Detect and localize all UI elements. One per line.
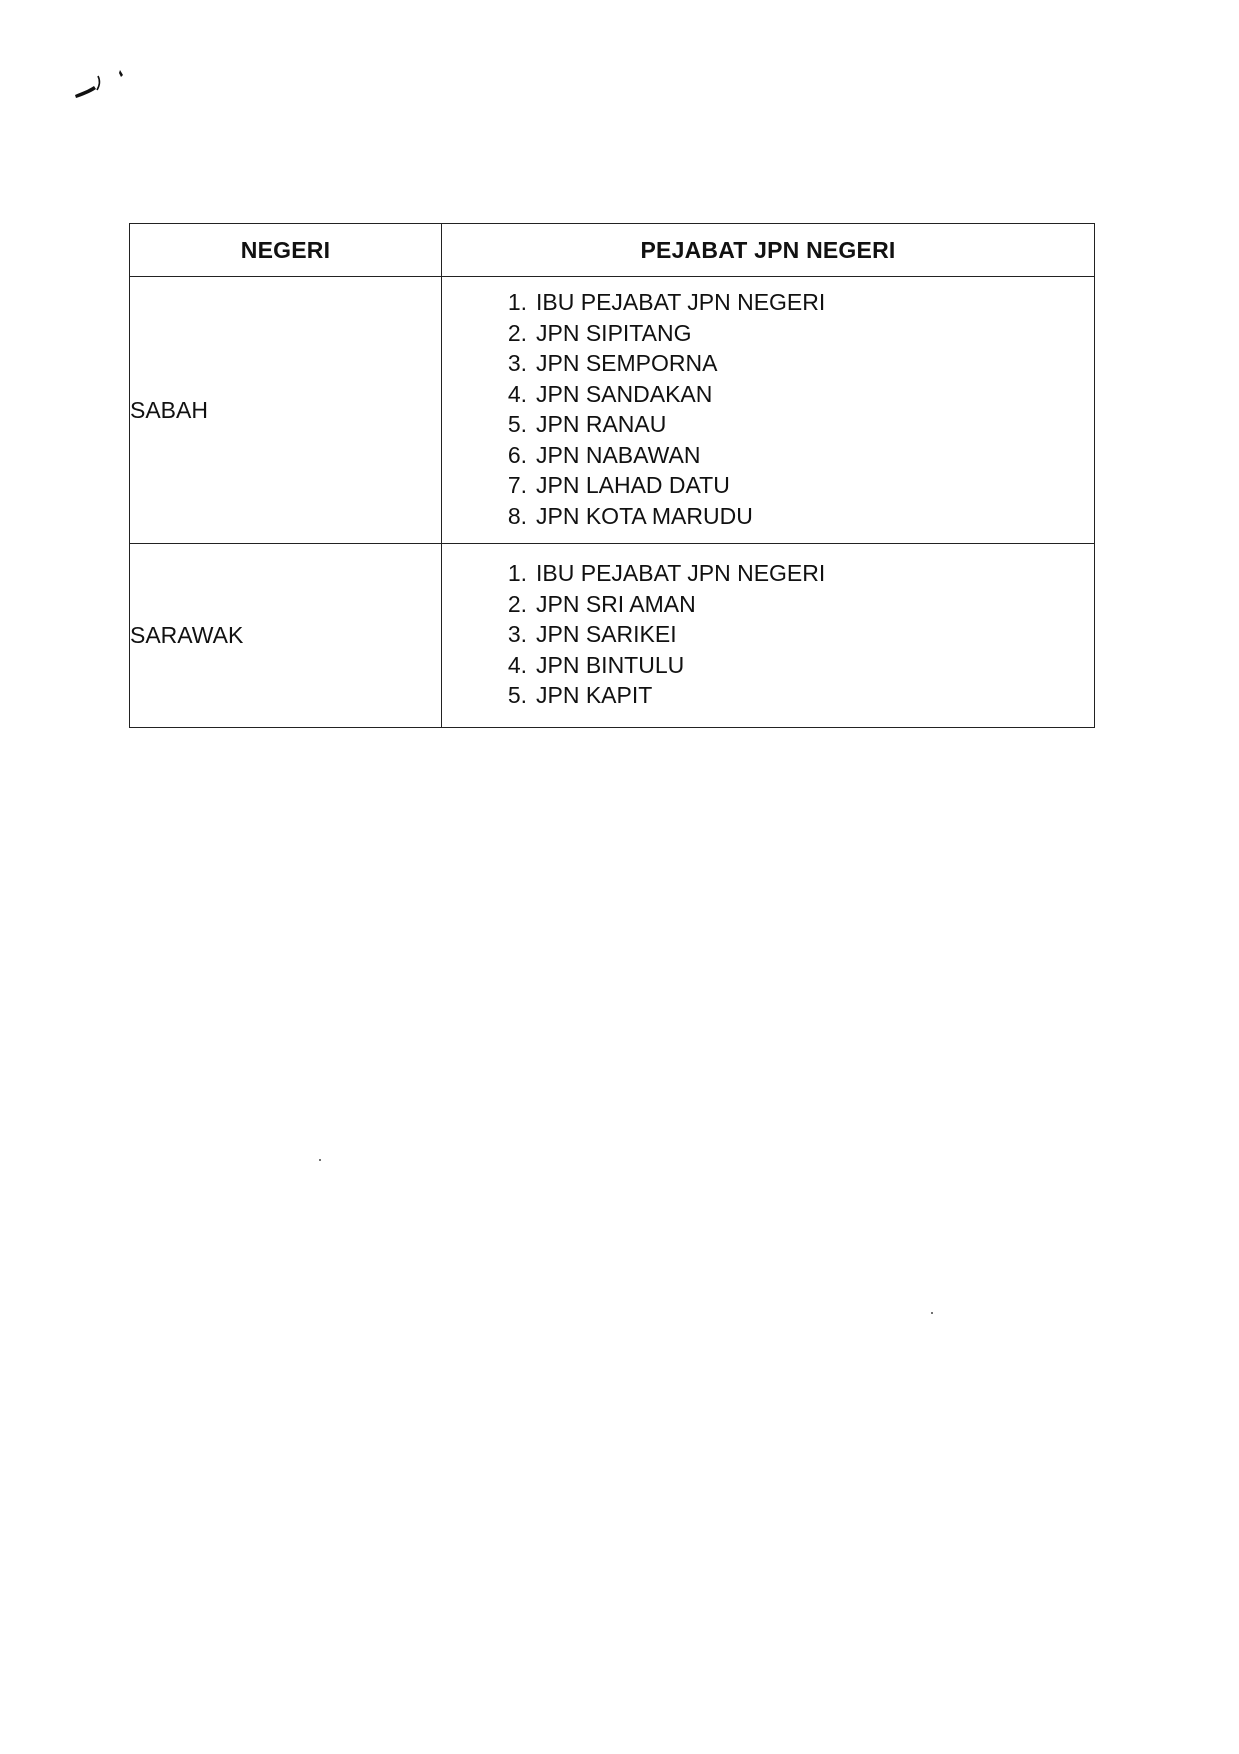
list-item: 2.JPN SRI AMAN (442, 589, 1094, 620)
list-item: 7.JPN LAHAD DATU (442, 470, 1094, 501)
list-item: 1.IBU PEJABAT JPN NEGERI (442, 558, 1094, 589)
list-item: 1.IBU PEJABAT JPN NEGERI (442, 287, 1094, 318)
office-number: 7. (490, 470, 536, 501)
list-item: 5.JPN RANAU (442, 409, 1094, 440)
office-name: JPN NABAWAN (536, 440, 700, 471)
office-name: JPN KOTA MARUDU (536, 501, 753, 532)
header-pejabat-jpn-negeri: PEJABAT JPN NEGERI (442, 224, 1095, 277)
office-number: 5. (490, 409, 536, 440)
scan-speck (319, 1159, 321, 1161)
office-number: 3. (490, 619, 536, 650)
list-item: 3.JPN SARIKEI (442, 619, 1094, 650)
offices-cell: 1.IBU PEJABAT JPN NEGERI2.JPN SRI AMAN3.… (442, 544, 1095, 728)
list-item: 4.JPN BINTULU (442, 650, 1094, 681)
jpn-offices-table: NEGERI PEJABAT JPN NEGERI SABAH1.IBU PEJ… (129, 223, 1095, 728)
office-number: 1. (490, 558, 536, 589)
office-name: JPN SIPITANG (536, 318, 692, 349)
scan-speck (931, 1312, 933, 1314)
list-item: 5.JPN KAPIT (442, 680, 1094, 711)
office-number: 4. (490, 379, 536, 410)
list-item: 3.JPN SEMPORNA (442, 348, 1094, 379)
list-item: 6.JPN NABAWAN (442, 440, 1094, 471)
office-name: JPN RANAU (536, 409, 666, 440)
office-name: JPN KAPIT (536, 680, 652, 711)
office-list: 1.IBU PEJABAT JPN NEGERI2.JPN SRI AMAN3.… (442, 544, 1094, 727)
list-item: 2.JPN SIPITANG (442, 318, 1094, 349)
office-name: IBU PEJABAT JPN NEGERI (536, 558, 825, 589)
office-number: 4. (490, 650, 536, 681)
state-cell: SARAWAK (130, 544, 442, 728)
state-cell: SABAH (130, 277, 442, 544)
office-name: IBU PEJABAT JPN NEGERI (536, 287, 825, 318)
office-name: JPN SARIKEI (536, 619, 677, 650)
office-name: JPN BINTULU (536, 650, 684, 681)
office-number: 2. (490, 318, 536, 349)
office-number: 8. (490, 501, 536, 532)
office-number: 1. (490, 287, 536, 318)
table-header-row: NEGERI PEJABAT JPN NEGERI (130, 224, 1095, 277)
list-item: 4.JPN SANDAKAN (442, 379, 1094, 410)
office-name: JPN LAHAD DATU (536, 470, 730, 501)
table-row: SARAWAK1.IBU PEJABAT JPN NEGERI2.JPN SRI… (130, 544, 1095, 728)
office-number: 6. (490, 440, 536, 471)
office-name: JPN SANDAKAN (536, 379, 712, 410)
handwritten-mark-icon (70, 68, 130, 102)
office-name: JPN SRI AMAN (536, 589, 696, 620)
office-number: 3. (490, 348, 536, 379)
office-number: 5. (490, 680, 536, 711)
table-row: SABAH1.IBU PEJABAT JPN NEGERI2.JPN SIPIT… (130, 277, 1095, 544)
header-negeri: NEGERI (130, 224, 442, 277)
office-list: 1.IBU PEJABAT JPN NEGERI2.JPN SIPITANG3.… (442, 277, 1094, 543)
office-number: 2. (490, 589, 536, 620)
offices-cell: 1.IBU PEJABAT JPN NEGERI2.JPN SIPITANG3.… (442, 277, 1095, 544)
office-name: JPN SEMPORNA (536, 348, 717, 379)
list-item: 8.JPN KOTA MARUDU (442, 501, 1094, 532)
